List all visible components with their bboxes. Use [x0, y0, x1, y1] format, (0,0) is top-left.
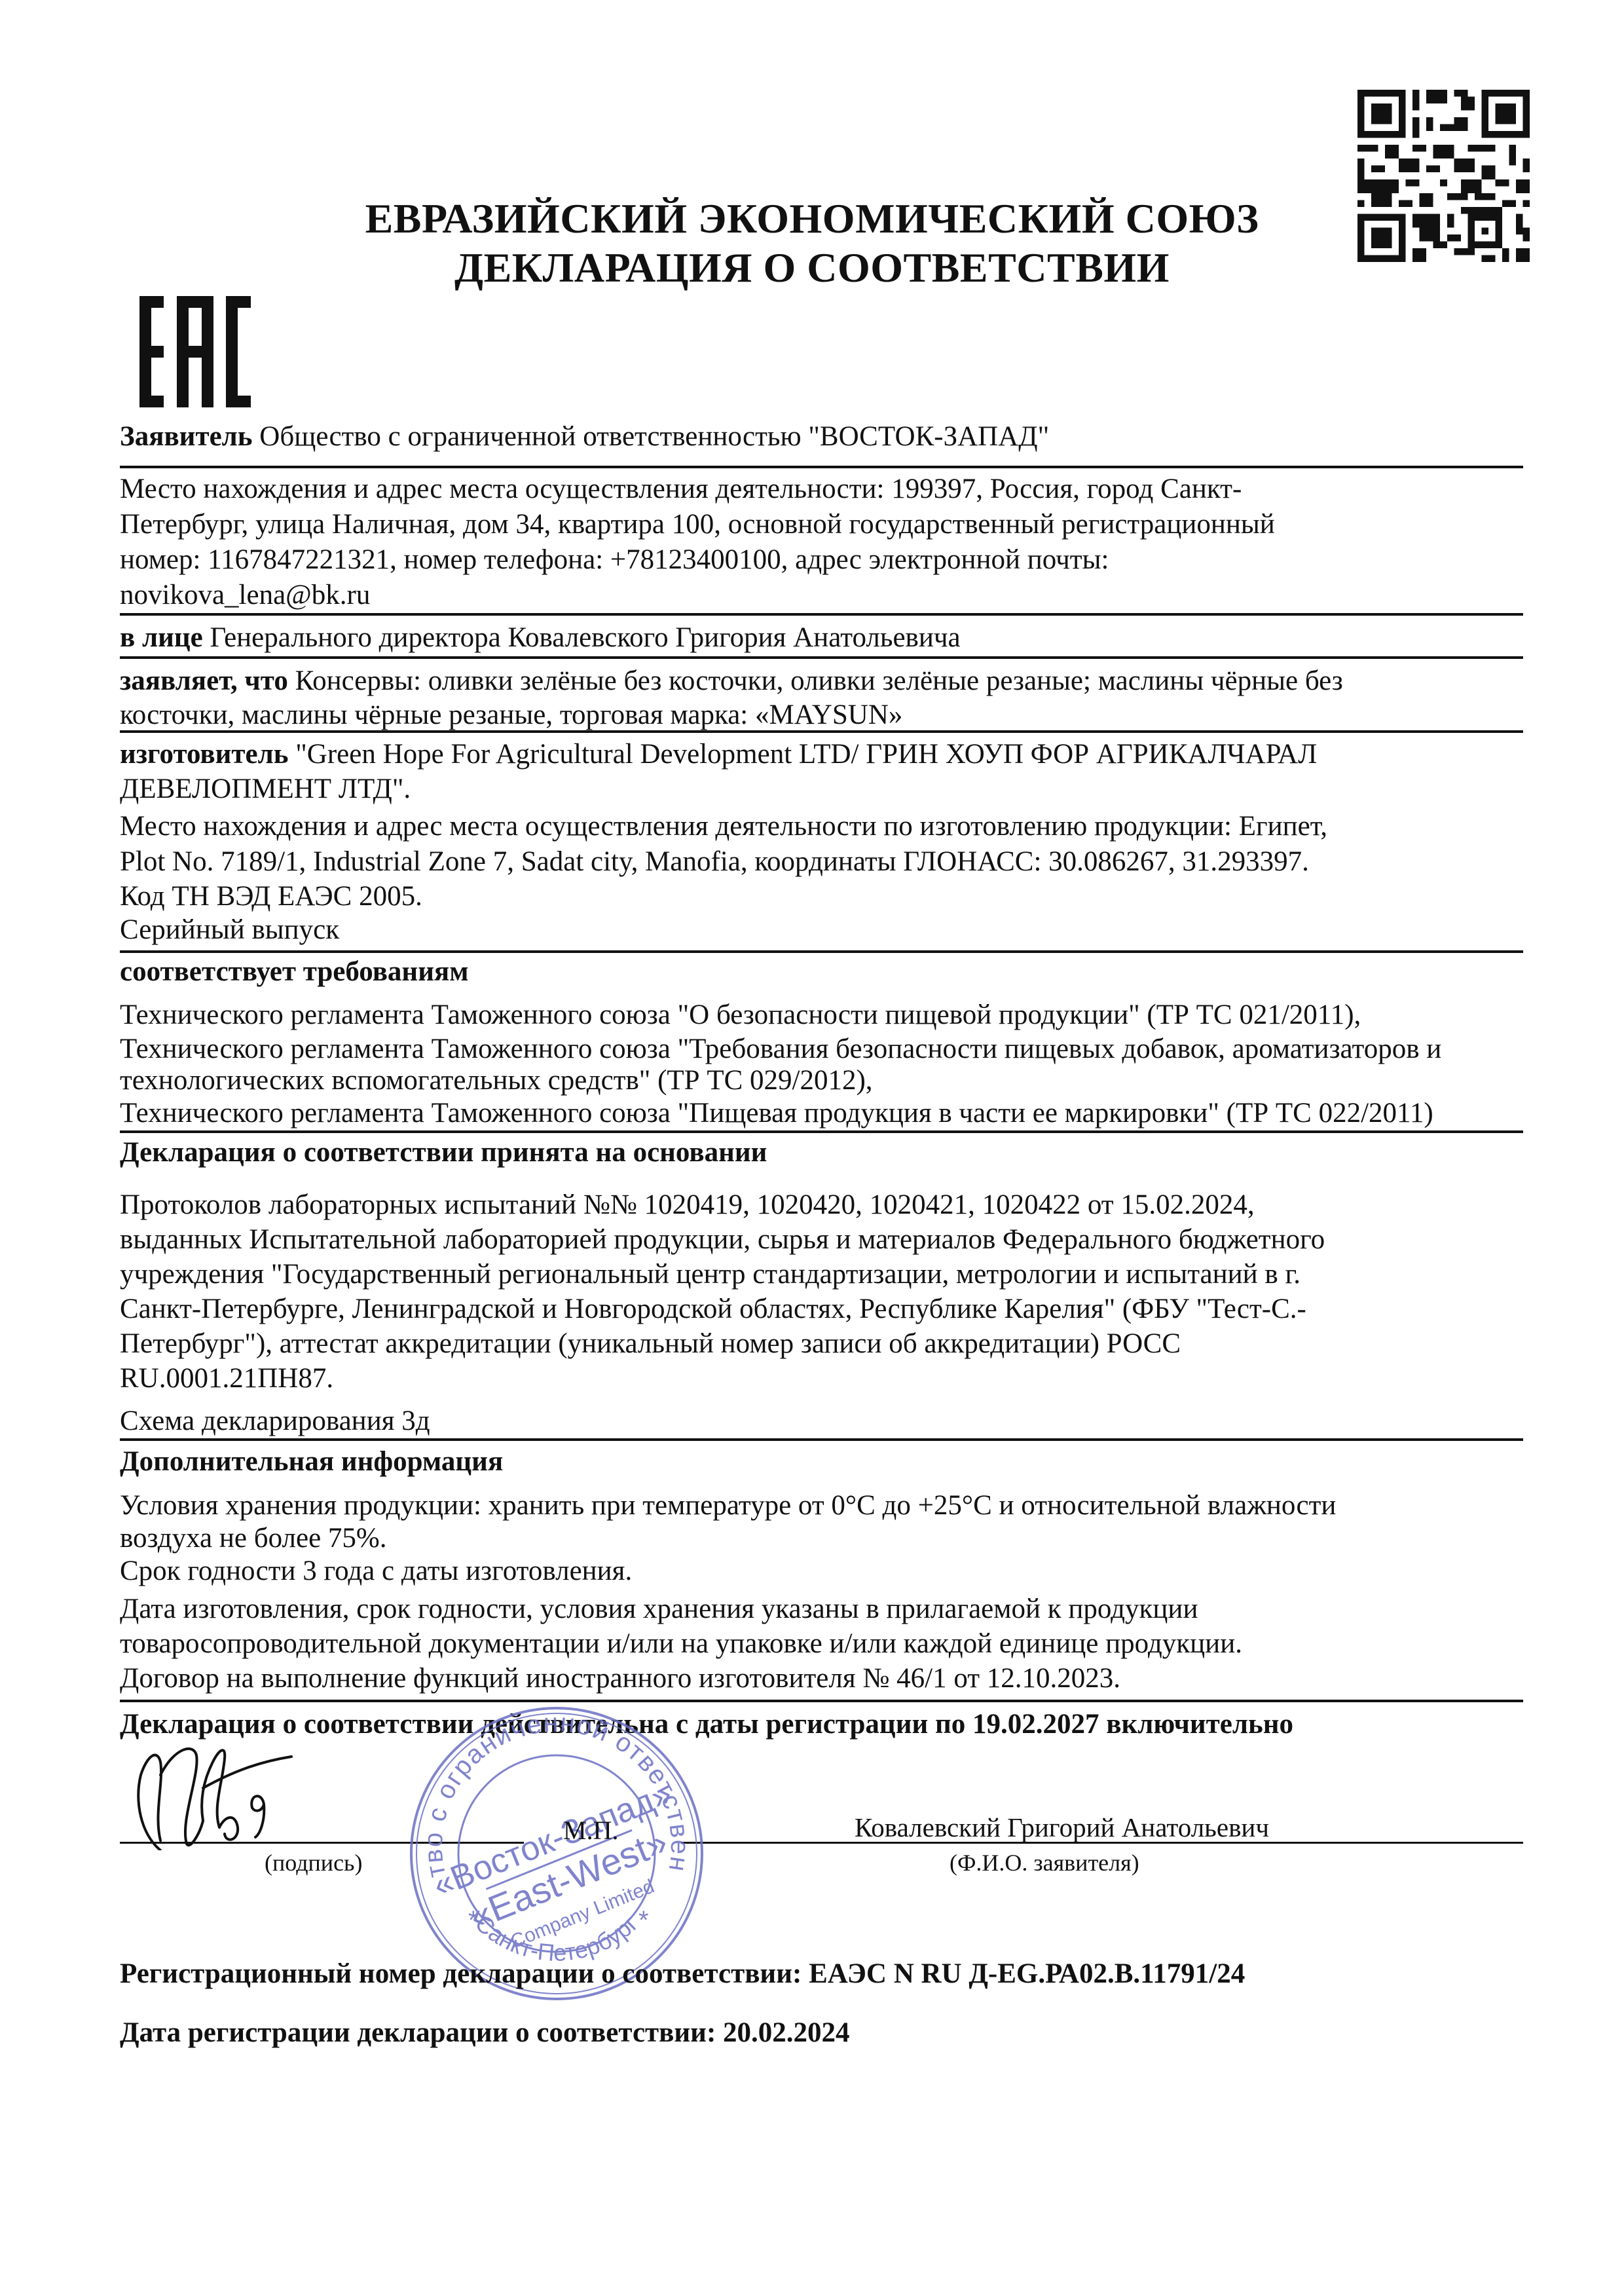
- production-type: Серийный выпуск: [120, 916, 339, 944]
- registration-number-value: ЕАЭС N RU Д-EG.РА02.В.11791/24: [809, 1958, 1245, 1989]
- signature-icon: [121, 1736, 298, 1850]
- represented-row: в лице Генерального директора Ковалевско…: [120, 624, 961, 652]
- represented-label: в лице: [120, 622, 203, 653]
- basis-line: Петербург"), аттестат аккредитации (уник…: [120, 1330, 1181, 1358]
- stamp-star-icon: *: [468, 1906, 479, 1935]
- declares-product-line: Консервы: оливки зелёные без косточки, о…: [295, 665, 1343, 696]
- basis-line: Протоколов лабораторных испытаний №№ 102…: [120, 1191, 1255, 1219]
- regulation-line: Технического регламента Таможенного союз…: [120, 1035, 1441, 1063]
- manufacturer-label: изготовитель: [120, 739, 289, 770]
- applicant-address-line: Петербург, улица Наличная, дом 34, кварт…: [120, 510, 1275, 538]
- divider: [120, 466, 1523, 468]
- registration-date-row: Дата регистрации декларации о соответств…: [120, 2019, 850, 2047]
- conformity-heading: соответствует требованиям: [120, 958, 469, 986]
- regulation-line: технологических вспомогательных средств"…: [120, 1066, 873, 1094]
- manufacturer-name-cont: ДЕВЕЛОПМЕНТ ЛТД".: [120, 775, 411, 803]
- name-caption: (Ф.И.О. заявителя): [950, 1851, 1139, 1875]
- additional-line: Срок годности 3 года с даты изготовления…: [120, 1557, 632, 1585]
- signature-caption: (подпись): [265, 1851, 362, 1875]
- additional-line: Договор на выполнение функций иностранно…: [120, 1664, 1120, 1692]
- additional-line: Дата изготовления, срок годности, услови…: [120, 1595, 1198, 1623]
- basis-line: учреждения "Государственный региональный…: [120, 1260, 1301, 1288]
- signer-name: Ковалевский Григорий Анатольевич: [855, 1814, 1269, 1841]
- additional-line: Условия хранения продукции: хранить при …: [120, 1491, 1336, 1520]
- additional-heading: Дополнительная информация: [120, 1447, 503, 1476]
- registration-date-label: Дата регистрации декларации о соответств…: [120, 2017, 716, 2048]
- basis-line: выданных Испытательной лабораторией прод…: [120, 1225, 1325, 1254]
- applicant-label: Заявитель: [120, 421, 253, 452]
- manufacturer-address-line: Plot No. 7189/1, Industrial Zone 7, Sada…: [120, 848, 1309, 876]
- manufacturer-name: "Green Hope For Agricultural Development…: [295, 739, 1317, 770]
- union-title: ЕВРАЗИЙСКИЙ ЭКОНОМИЧЕСКИЙ СОЮЗ: [0, 198, 1624, 240]
- basis-heading: Декларация о соответствии принята на осн…: [120, 1138, 767, 1166]
- stamp-star-icon: *: [638, 1906, 649, 1935]
- hs-code: Код ТН ВЭД ЕАЭС 2005.: [120, 882, 422, 910]
- manufacturer-row: изготовитель "Green Hope For Agricultura…: [120, 740, 1317, 768]
- document-title: ДЕКЛАРАЦИЯ О СООТВЕТСТВИИ: [0, 247, 1624, 289]
- divider: [120, 613, 1523, 616]
- seal-mark: М.П.: [563, 1818, 618, 1844]
- represented-value: Генерального директора Ковалевского Григ…: [210, 622, 960, 653]
- divider: [120, 1130, 1523, 1133]
- registration-number-label: Регистрационный номер декларации о соотв…: [120, 1958, 802, 1989]
- declares-label: заявляет, что: [120, 665, 288, 696]
- basis-line: RU.0001.21ПН87.: [120, 1364, 333, 1392]
- registration-number-row: Регистрационный номер декларации о соотв…: [120, 1960, 1245, 1988]
- regulation-line: Технического регламента Таможенного союз…: [120, 1001, 1361, 1029]
- applicant-address-line: Место нахождения и адрес места осуществл…: [120, 475, 1242, 503]
- registration-date-value: 20.02.2024: [723, 2017, 850, 2048]
- declaration-scheme: Схема декларирования 3д: [120, 1407, 430, 1435]
- applicant-row: Заявитель Общество с ограниченной ответс…: [120, 422, 1049, 451]
- divider: [120, 1438, 1523, 1441]
- applicant-email: novikova_lena@bk.ru: [120, 581, 370, 609]
- additional-line: товаросопроводительной документации и/ил…: [120, 1630, 1242, 1658]
- manufacturer-address-line: Место нахождения и адрес места осуществл…: [120, 812, 1327, 840]
- declares-product-line: косточки, маслины чёрные резаные, торгов…: [120, 701, 902, 729]
- divider: [120, 730, 1523, 733]
- divider: [120, 1700, 1523, 1702]
- divider: [120, 950, 1523, 953]
- declares-row: заявляет, что Консервы: оливки зелёные б…: [120, 667, 1343, 695]
- regulation-line: Технического регламента Таможенного союз…: [120, 1099, 1433, 1127]
- additional-line: воздуха не более 75%.: [120, 1524, 386, 1552]
- divider: [120, 656, 1523, 659]
- applicant-address-line: номер: 1167847221321, номер телефона: +7…: [120, 546, 1109, 574]
- applicant-value: Общество с ограниченной ответственностью…: [259, 421, 1049, 452]
- eac-logo-icon: [139, 296, 251, 407]
- basis-line: Санкт-Петербурге, Ленинградской и Новгор…: [120, 1295, 1306, 1323]
